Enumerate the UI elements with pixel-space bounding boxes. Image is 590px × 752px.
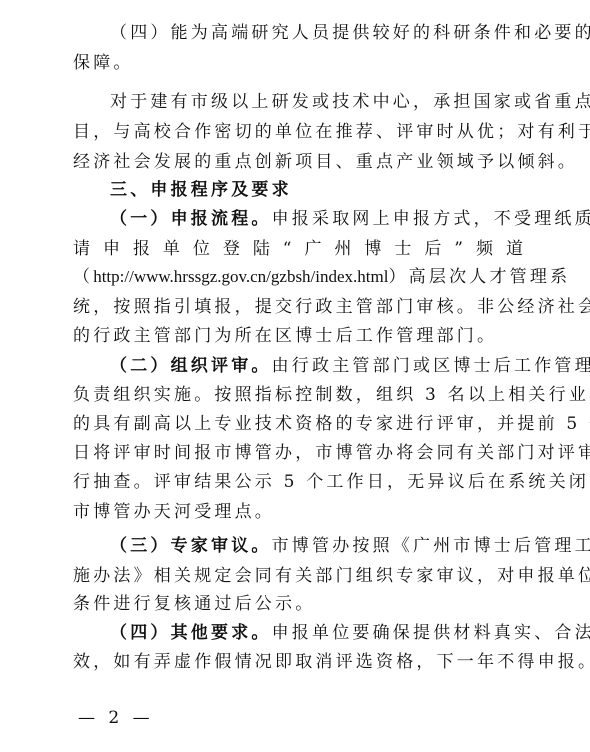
char: 单 xyxy=(163,235,180,263)
paragraph-line: （三）专家审议。市博管办按照《广州市博士后管理工作实 xyxy=(110,532,523,560)
char: 请 xyxy=(73,235,90,263)
char: 频 xyxy=(476,235,493,263)
section-heading: 三、申报程序及要求 xyxy=(110,176,523,204)
char: 广 xyxy=(304,235,321,263)
paragraph-line: 日将评审时间报市博管办，市博管办将会同有关部门对评审会进 xyxy=(73,439,523,467)
paragraph-line: 目，与高校合作密切的单位在推荐、评审时从优；对有利于广州 xyxy=(73,118,523,146)
step-text: ）高层次人才管理系 xyxy=(388,267,570,287)
paragraph-line: （一）申报流程。申报采取网上申报方式，不受理纸质材料。 xyxy=(110,205,523,233)
paragraph-line: 统，按照指引填报，提交行政主管部门审核。非公经济社会组织 xyxy=(73,293,523,321)
step-text: 申报采取网上申报方式，不受理纸质材料。 xyxy=(272,209,590,229)
paragraph-line: 对于建有市级以上研发或技术中心，承担国家或省重点项 xyxy=(110,88,523,116)
paragraph-line: （四）能为高端研究人员提供较好的科研条件和必要的生活 xyxy=(110,19,523,47)
paragraph-line: 经济社会发展的重点创新项目、重点产业领域予以倾斜。 xyxy=(73,148,523,176)
char: 士 xyxy=(394,235,411,263)
step-label: （一）申报流程。 xyxy=(110,209,272,229)
char: 后 xyxy=(424,235,441,263)
paren: （ xyxy=(73,267,93,287)
char: 博 xyxy=(364,235,381,263)
step-label: （三）专家审议。 xyxy=(110,536,272,556)
paragraph-line: 的具有副高以上专业技术资格的专家进行评审，并提前 5 个工作 xyxy=(73,410,523,438)
paragraph-line: 效，如有弄虚作假情况即取消评选资格，下一年不得申报。 xyxy=(73,648,523,676)
paragraph-line: 条件进行复核通过后公示。 xyxy=(73,590,523,618)
paragraph-line: （http://www.hrssgz.gov.cn/gzbsh/index.ht… xyxy=(73,263,523,291)
step-text: 由行政主管部门或区博士后工作管理部门 xyxy=(272,356,590,376)
paragraph-line: 施办法》相关规定会同有关部门组织专家审议，对申报单位资格 xyxy=(73,562,523,590)
char: 陆 xyxy=(253,235,270,263)
step-label: （四）其他要求。 xyxy=(110,623,272,643)
char: 位 xyxy=(193,235,210,263)
step-text: 申报单位要确保提供材料真实、合法、有 xyxy=(272,623,590,643)
paragraph-line: 保障。 xyxy=(73,49,523,77)
char: 申 xyxy=(103,235,120,263)
website-link[interactable]: http://www.hrssgz.gov.cn/gzbsh/index.htm… xyxy=(93,267,388,286)
paragraph-line: 的行政主管部门为所在区博士后工作管理部门。 xyxy=(73,322,523,350)
char: “ xyxy=(283,235,292,263)
char: 道 xyxy=(506,235,523,263)
paragraph-line: 负责组织实施。按照指标控制数，组织 3 名以上相关行业、领域 xyxy=(73,381,523,409)
paragraph-line: （四）其他要求。申报单位要确保提供材料真实、合法、有 xyxy=(110,619,523,647)
char: 州 xyxy=(334,235,351,263)
page-number: — 2 — xyxy=(78,706,154,730)
paragraph-line: 行抽查。评审结果公示 5 个工作日，无异议后在系统关闭前提交 xyxy=(73,468,523,496)
step-text: 市博管办按照《广州市博士后管理工作实 xyxy=(272,536,590,556)
document-page: （四）能为高端研究人员提供较好的科研条件和必要的生活 保障。 对于建有市级以上研… xyxy=(0,0,590,752)
paragraph-line-justified: 请 申 报 单 位 登 陆 “ 广 州 博 士 后 ” 频 道 xyxy=(73,235,523,263)
char: ” xyxy=(454,235,463,263)
paragraph-line: 市博管办天河受理点。 xyxy=(73,498,523,526)
paragraph-line: （二）组织评审。由行政主管部门或区博士后工作管理部门 xyxy=(110,352,523,380)
char: 报 xyxy=(133,235,150,263)
step-label: （二）组织评审。 xyxy=(110,356,272,376)
char: 登 xyxy=(223,235,240,263)
